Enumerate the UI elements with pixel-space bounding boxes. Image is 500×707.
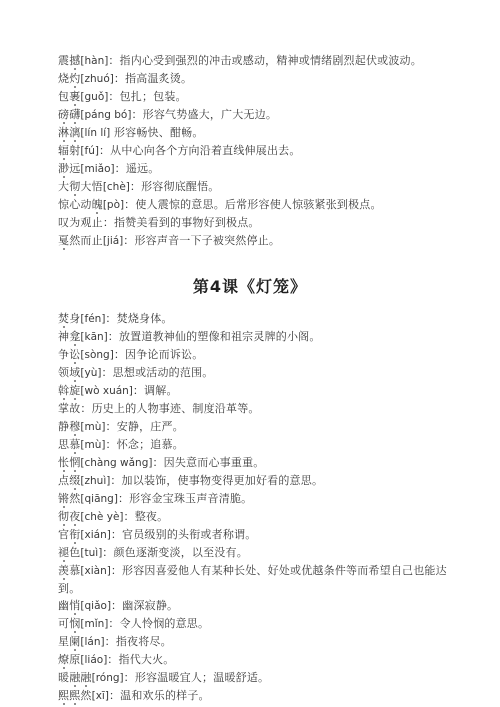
vocab-pinyin: [páng bó] xyxy=(80,109,131,121)
vocab-pinyin: [qiǎo] xyxy=(80,600,111,612)
vocab-definition: 形容金宝珠玉声音清脆。 xyxy=(129,492,252,505)
term-separator: ： xyxy=(105,312,116,325)
vocab-definition: 加以装饰，使事物变得更加好看的意思。 xyxy=(122,474,324,487)
vocab-pinyin: [mù] xyxy=(80,421,105,433)
vocab-pinyin: [liáo] xyxy=(80,654,107,666)
vocab-entry: 怅惘[chàng wǎng]：因失意而心事重重。 xyxy=(58,454,466,472)
vocab-pinyin: [pò] xyxy=(103,199,124,211)
vocab-definition: 历史上的人物事迹、制度沿革等。 xyxy=(92,402,260,415)
vocab-term: 怅惘 xyxy=(58,456,80,469)
vocab-definition: 指赞美看到的事物好到极点。 xyxy=(114,216,260,229)
vocab-definition: 温和欢乐的样子。 xyxy=(120,689,210,702)
word-list-lesson-3: 震撼[hàn]：指内心受到强烈的冲击或感动，精神或情绪剧烈起伏或波动。 烧灼[z… xyxy=(58,52,466,250)
term-separator: ： xyxy=(108,54,119,67)
vocab-pinyin: [lín lí] xyxy=(80,127,110,139)
vocab-term: 磅礴 xyxy=(58,108,80,121)
document-page: 震撼[hàn]：指内心受到强烈的冲击或感动，精神或情绪剧烈起伏或波动。 烧灼[z… xyxy=(0,0,500,707)
vocab-entry: 焚身[fén]：焚烧身体。 xyxy=(58,310,466,328)
term-separator: ： xyxy=(130,180,141,193)
vocab-definition: 令人怜悯的意思。 xyxy=(120,617,210,630)
vocab-entry: 神龛[kān]：放置道教神仙的塑像和祖宗灵牌的小阁。 xyxy=(58,328,466,346)
vocab-pinyin: [guǒ] xyxy=(80,91,108,103)
term-separator: ： xyxy=(124,198,135,211)
vocab-term: 大彻大悟 xyxy=(58,180,103,193)
vocab-entry: 掌故：历史上的人物事迹、制度沿革等。 xyxy=(58,400,466,418)
vocab-term: 彻夜 xyxy=(58,510,80,523)
vocab-entry: 斡旋[wò xuán]：调解。 xyxy=(58,382,466,400)
vocab-entry: 磅礴[páng bó]：形容气势盛大，广大无边。 xyxy=(58,106,466,124)
vocab-term: 锵然 xyxy=(58,492,80,505)
term-separator: ： xyxy=(133,384,144,397)
vocab-term: 褪色 xyxy=(58,546,80,559)
vocab-term: 争讼 xyxy=(58,348,80,361)
vocab-definition: 调解。 xyxy=(144,384,178,397)
vocab-term: 叹为观止 xyxy=(58,216,103,229)
vocab-term: 斡旋 xyxy=(58,384,80,397)
term-separator: ： xyxy=(101,366,112,379)
vocab-entry: 大彻大悟[chè]：形容彻底醒悟。 xyxy=(58,178,466,196)
vocab-definition: 放置道教神仙的塑像和祖宗灵牌的小阁。 xyxy=(119,330,321,343)
vocab-pinyin: [chàng wǎng] xyxy=(80,457,152,469)
vocab-pinyin: [hàn] xyxy=(80,55,108,67)
vocab-term: 羡慕 xyxy=(58,564,80,577)
vocab-pinyin: [xī] xyxy=(92,690,109,702)
vocab-entry: 惊心动魄[pò]：使人震惊的意思。后常形容使人惊骇紧张到极点。 xyxy=(58,196,466,214)
vocab-pinyin: [lán] xyxy=(80,636,104,648)
vocab-pinyin: [mù] xyxy=(80,439,105,451)
lesson-heading: 第4课《灯笼》 xyxy=(58,277,442,297)
term-separator: ： xyxy=(105,438,116,451)
vocab-term: 焚身 xyxy=(58,312,80,325)
vocab-entry: 彻夜[chè yè]：整夜。 xyxy=(58,508,466,526)
vocab-definition: 颜色逐渐变淡，以至没有。 xyxy=(114,546,248,559)
vocab-definition: 形容气势盛大，广大无边。 xyxy=(143,108,277,121)
term-separator: ： xyxy=(102,546,113,559)
vocab-entry: 羡慕[xiàn]：形容因喜爱他人有某种长处、好处或优越条件等而希望自己也能达到。 xyxy=(58,562,466,597)
vocab-entry: 烧灼[zhuó]：指高温炙烫。 xyxy=(58,70,466,88)
vocab-pinyin: [zhuì] xyxy=(80,475,110,487)
term-separator: ： xyxy=(111,564,122,577)
term-separator: ： xyxy=(108,90,119,103)
term-separator: ： xyxy=(114,72,125,85)
vocab-definition: 从中心向各个方向沿着直线伸展出去。 xyxy=(110,144,300,157)
vocab-term: 暖融融 xyxy=(58,671,92,684)
vocab-definition: 形容畅快、酣畅。 xyxy=(114,126,204,139)
term-separator: ： xyxy=(105,420,116,433)
vocab-definition: 使人震惊的意思。后常形容使人惊骇紧张到极点。 xyxy=(135,198,381,211)
term-separator: ： xyxy=(109,689,120,702)
vocab-term: 思慕 xyxy=(58,438,80,451)
vocab-definition: 整夜。 xyxy=(135,510,169,523)
vocab-pinyin: [zhuó] xyxy=(80,73,113,85)
vocab-entry: 熙熙然[xī]：温和欢乐的样子。 xyxy=(58,687,466,705)
vocab-pinyin: [miǎo] xyxy=(80,163,114,175)
vocab-pinyin: [fú] xyxy=(80,145,99,157)
term-separator: ： xyxy=(124,671,135,684)
vocab-pinyin: [chè yè] xyxy=(80,511,123,523)
vocab-pinyin: [mǐn] xyxy=(80,618,108,630)
vocab-definition: 官员级别的头衔或者称谓。 xyxy=(122,528,256,541)
vocab-entry: 官衔[xián]：官员级别的头衔或者称谓。 xyxy=(58,526,466,544)
vocab-entry: 幽悄[qiǎo]：幽深寂静。 xyxy=(58,597,466,615)
vocab-entry: 静穆[mù]：安静，庄严。 xyxy=(58,418,466,436)
vocab-entry: 渺远[miǎo]：遥远。 xyxy=(58,160,466,178)
vocab-definition: 幽深寂静。 xyxy=(122,599,178,612)
term-separator: ： xyxy=(118,492,129,505)
vocab-pinyin: [xiàn] xyxy=(80,565,110,577)
term-separator: ： xyxy=(103,216,114,229)
vocab-pinyin: [kān] xyxy=(80,331,107,343)
vocab-term: 包裹 xyxy=(58,90,80,103)
vocab-definition: 思想或活动的范围。 xyxy=(113,366,214,379)
term-separator: ： xyxy=(107,653,118,666)
vocab-definition: 怀念；追慕。 xyxy=(117,438,184,451)
vocab-definition: 指内心受到强烈的冲击或感动，精神或情绪剧烈起伏或波动。 xyxy=(120,54,422,67)
vocab-term: 渺远 xyxy=(58,162,80,175)
vocab-pinyin: [fén] xyxy=(80,313,105,325)
term-separator: ： xyxy=(108,330,119,343)
term-separator: ： xyxy=(80,402,91,415)
vocab-term: 可悯 xyxy=(58,617,80,630)
vocab-term: 星阑 xyxy=(58,635,80,648)
vocab-term: 幽悄 xyxy=(58,599,80,612)
term-separator: ： xyxy=(111,599,122,612)
vocab-entry: 可悯[mǐn]：令人怜悯的意思。 xyxy=(58,615,466,633)
vocab-definition: 指代大火。 xyxy=(119,653,175,666)
term-separator: ： xyxy=(99,144,110,157)
vocab-pinyin: [róng] xyxy=(92,672,124,684)
term-separator: ： xyxy=(123,234,134,247)
term-separator: ： xyxy=(108,617,119,630)
vocab-term: 震撼 xyxy=(58,54,80,67)
vocab-definition: 形容温暖宜人；温暖舒适。 xyxy=(135,671,269,684)
vocab-definition: 包扎；包装。 xyxy=(120,90,187,103)
word-list-lesson-4: 焚身[fén]：焚烧身体。 神龛[kān]：放置道教神仙的塑像和祖宗灵牌的小阁。… xyxy=(58,310,466,705)
vocab-entry: 点缀[zhuì]：加以装饰，使事物变得更加好看的意思。 xyxy=(58,472,466,490)
vocab-entry: 锵然[qiāng]：形容金宝珠玉声音清脆。 xyxy=(58,490,466,508)
vocab-entry: 褪色[tuì]：颜色逐渐变淡，以至没有。 xyxy=(58,544,466,562)
vocab-entry: 思慕[mù]：怀念；追慕。 xyxy=(58,436,466,454)
vocab-definition: 指高温炙烫。 xyxy=(125,72,192,85)
term-separator: ： xyxy=(131,108,142,121)
vocab-pinyin: [chè] xyxy=(103,181,130,193)
term-separator: ： xyxy=(152,456,163,469)
vocab-pinyin: [tuì] xyxy=(80,547,102,559)
vocab-term: 燎原 xyxy=(58,653,80,666)
vocab-entry: 争讼[sòng]：因争论而诉讼。 xyxy=(58,346,466,364)
vocab-pinyin: [qiāng] xyxy=(80,493,118,505)
vocab-term: 神龛 xyxy=(58,330,80,343)
vocab-term: 熙熙然 xyxy=(58,689,92,702)
vocab-definition: 指夜将尽。 xyxy=(116,635,172,648)
vocab-definition: 遥远。 xyxy=(126,162,160,175)
vocab-definition: 因争论而诉讼。 xyxy=(125,348,203,361)
vocab-entry: 包裹[guǒ]：包扎；包装。 xyxy=(58,88,466,106)
vocab-pinyin: [jiá] xyxy=(103,235,123,247)
vocab-entry: 淋漓[lín lí] 形容畅快、酣畅。 xyxy=(58,124,466,142)
term-separator: ： xyxy=(114,348,125,361)
vocab-term: 掌故 xyxy=(58,402,80,415)
vocab-term: 官衔 xyxy=(58,528,80,541)
vocab-definition: 焚烧身体。 xyxy=(117,312,173,325)
vocab-term: 点缀 xyxy=(58,474,80,487)
vocab-term: 惊心动魄 xyxy=(58,198,103,211)
term-separator: ： xyxy=(110,474,121,487)
vocab-term: 烧灼 xyxy=(58,72,80,85)
vocab-pinyin: [wò xuán] xyxy=(80,385,133,397)
vocab-definition: 因失意而心事重重。 xyxy=(164,456,265,469)
vocab-term: 辐射 xyxy=(58,144,80,157)
vocab-entry: 燎原[liáo]：指代大火。 xyxy=(58,651,466,669)
vocab-pinyin: [xián] xyxy=(80,529,110,541)
vocab-term: 领域 xyxy=(58,366,80,379)
vocab-pinyin: [sòng] xyxy=(80,349,113,361)
vocab-entry: 震撼[hàn]：指内心受到强烈的冲击或感动，精神或情绪剧烈起伏或波动。 xyxy=(58,52,466,70)
vocab-entry: 戛然而止[jiá]：形容声音一下子被突然停止。 xyxy=(58,232,466,250)
term-separator: ： xyxy=(124,510,135,523)
vocab-entry: 辐射[fú]：从中心向各个方向沿着直线伸展出去。 xyxy=(58,142,466,160)
vocab-definition: 安静，庄严。 xyxy=(117,420,184,433)
vocab-entry: 暖融融[róng]：形容温暖宜人；温暖舒适。 xyxy=(58,669,466,687)
vocab-entry: 叹为观止：指赞美看到的事物好到极点。 xyxy=(58,214,466,232)
vocab-term: 戛然而止 xyxy=(58,234,103,247)
vocab-term: 静穆 xyxy=(58,420,80,433)
term-separator: ： xyxy=(105,635,116,648)
term-separator: ： xyxy=(115,162,126,175)
vocab-entry: 领域[yù]：思想或活动的范围。 xyxy=(58,364,466,382)
vocab-entry: 星阑[lán]：指夜将尽。 xyxy=(58,633,466,651)
vocab-definition: 形容彻底醒悟。 xyxy=(141,180,219,193)
vocab-definition: 形容声音一下子被突然停止。 xyxy=(134,234,280,247)
term-separator: ： xyxy=(111,528,122,541)
vocab-pinyin: [yù] xyxy=(80,367,101,379)
vocab-term: 淋漓 xyxy=(58,126,80,139)
